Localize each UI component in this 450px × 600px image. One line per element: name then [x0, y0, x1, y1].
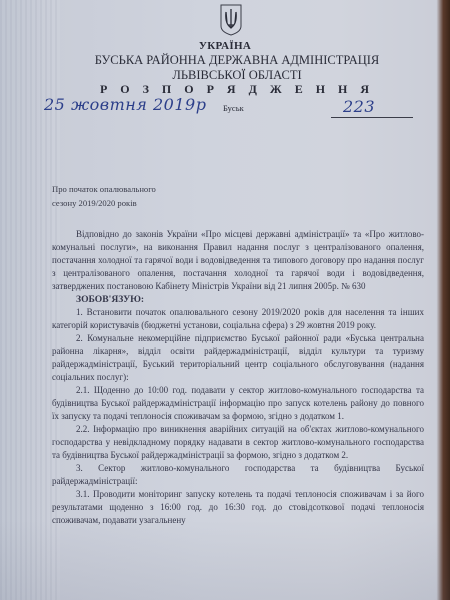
administration-title: БУСЬКА РАЙОННА ДЕРЖАВНА АДМІНІСТРАЦІЯ [12, 53, 450, 68]
preamble-paragraph: Відповідно до законів України «Про місце… [52, 228, 424, 293]
body-paragraph: 2.2. Інформацію про виникнення аварійних… [52, 423, 424, 462]
document-body: Відповідно до законів України «Про місце… [52, 228, 424, 527]
body-paragraph: 2. Комунальне некомерційне підприємство … [52, 332, 424, 384]
document-page: УКРАЇНА БУСЬКА РАЙОННА ДЕРЖАВНА АДМІНІСТ… [0, 0, 450, 600]
photo-shadow [0, 520, 450, 600]
subject-line: Про початок опалювального [52, 182, 156, 196]
place-label: Буськ [223, 103, 244, 113]
oblast-title: ЛЬВІВСЬКОЇ ОБЛАСТІ [12, 68, 450, 83]
subject-line: сезону 2019/2020 років [52, 196, 156, 210]
trident-coat-of-arms-icon [220, 4, 242, 36]
body-paragraph: 3.1. Проводити моніторинг запуску котеле… [52, 488, 424, 527]
body-paragraph: 1. Встановити початок опалювального сезо… [52, 306, 424, 332]
body-paragraph: 2.1. Щоденно до 10:00 год. подавати у се… [52, 384, 424, 423]
handwritten-date: 25 жовтня 2019р [44, 95, 206, 114]
document-subject: Про початок опалювального сезону 2019/20… [52, 182, 156, 210]
oblige-heading: ЗОБОВ'ЯЗУЮ: [52, 293, 424, 306]
number-underline [331, 117, 413, 118]
body-paragraph: 3. Сектор житлово-комунального господарс… [52, 462, 424, 488]
country-title: УКРАЇНА [0, 40, 450, 52]
handwritten-document-number: 223 [343, 97, 375, 116]
